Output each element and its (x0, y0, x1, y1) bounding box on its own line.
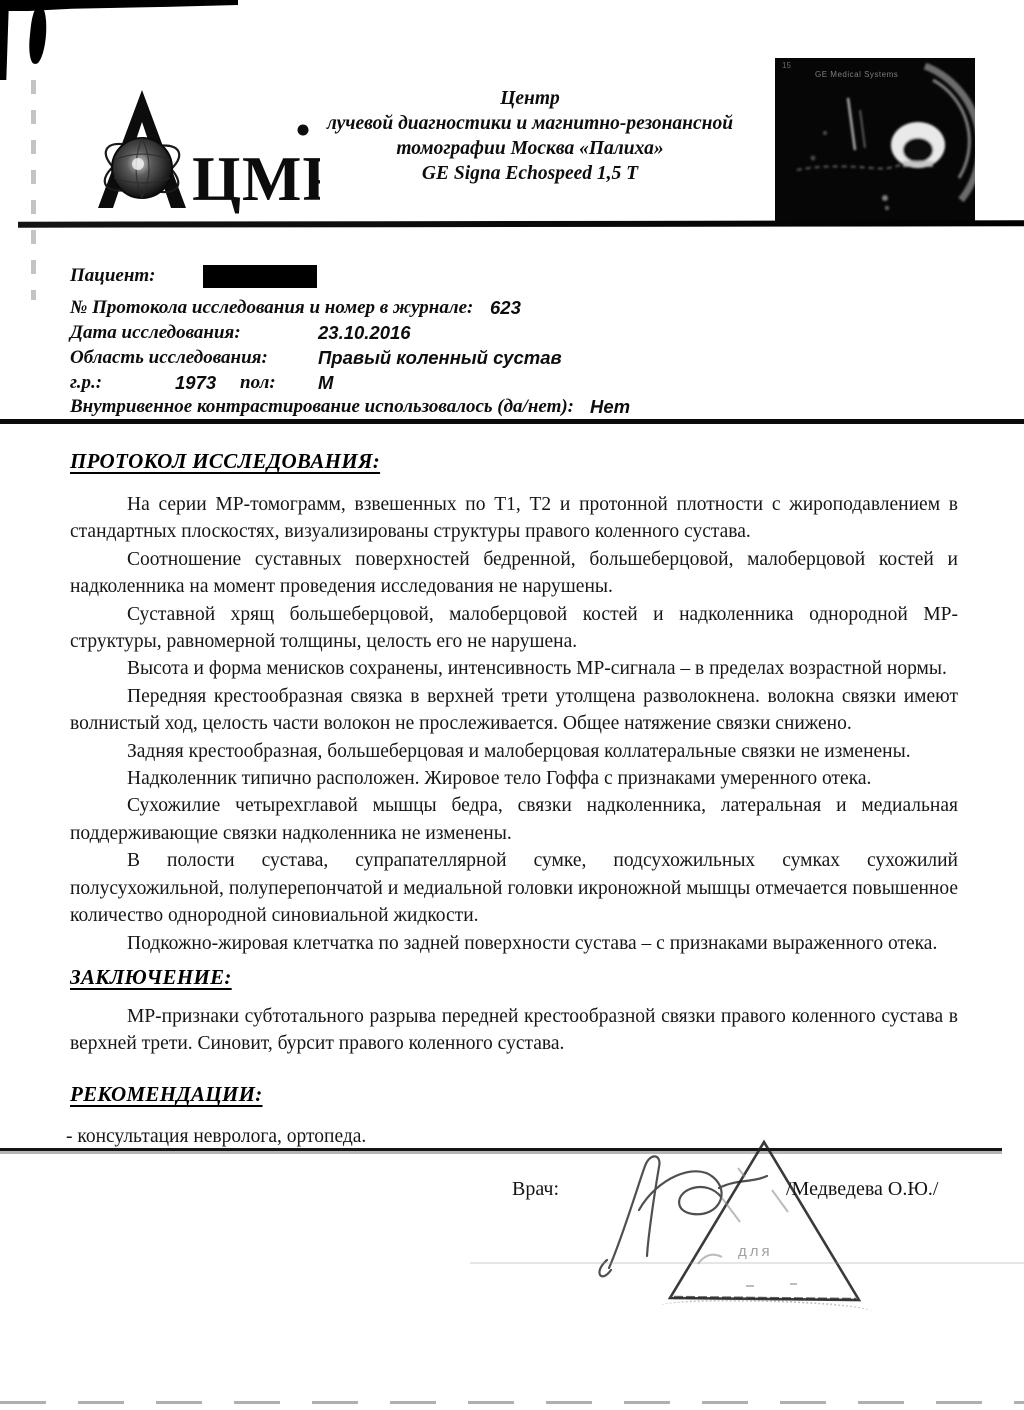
protocol-paragraph: Передняя крестообразная связка в верхней… (70, 683, 958, 738)
protocol-paragraph: Высота и форма менисков сохранены, интен… (70, 655, 958, 682)
sex-label: пол: (240, 372, 276, 394)
birth-year-value: 1973 (175, 372, 216, 394)
clinic-logo: ЦМРТ (80, 86, 320, 218)
protocol-number-value: 623 (490, 297, 521, 319)
header-divider (18, 220, 1024, 227)
patient-name-label: Пациент: (70, 265, 156, 286)
scanned-report-page: ЦМРТ Центр лучевой диагностики и магнитн… (0, 0, 1024, 1410)
protocol-paragraph: Суставной хрящ большеберцовой, малоберцо… (70, 601, 958, 656)
sex-value: М (318, 372, 333, 394)
protocol-paragraph: Надколенник типично расположен. Жировое … (70, 765, 958, 792)
patient-name-redaction (203, 265, 317, 288)
patient-info-block: Пациент: № Протокола исследования и номе… (70, 263, 970, 423)
patient-name-row: Пациент: (70, 265, 156, 287)
recommendation-item: - консультация невролога, ортопеда. (66, 1126, 366, 1148)
study-area-label: Область исследования: (70, 347, 268, 368)
study-date-row: Дата исследования: 23.10.2016 (70, 322, 241, 344)
scan-artifact-left (0, 0, 9, 80)
mri-anatomy-graphic (775, 58, 975, 225)
protocol-paragraph: Задняя крестообразная, большеберцовая и … (70, 738, 958, 765)
patient-divider (0, 419, 1024, 424)
birth-sex-row: г.р.: 1973 пол: М (70, 372, 102, 394)
conclusion-text-block: МР-признаки субтотального разрыва передн… (70, 1003, 958, 1058)
protocol-paragraph: Сухожилие четырехглавой мышцы бедра, свя… (70, 792, 958, 847)
study-area-value: Правый коленный сустав (318, 347, 562, 369)
scan-artifact-smudge (31, 80, 36, 300)
header-line-4: GE Signa Echospeed 1,5 T (290, 161, 770, 186)
header-title: Центр лучевой диагностики и магнитно-рез… (290, 86, 770, 186)
scan-artifact-bottom (0, 1401, 1024, 1404)
scan-artifact-stamp-echo (470, 1262, 1024, 1264)
conclusion-paragraph: МР-признаки субтотального разрыва передн… (70, 1003, 958, 1058)
doctor-label: Врач: (512, 1178, 559, 1201)
protocol-paragraph: Соотношение суставных поверхностей бедре… (70, 546, 958, 601)
recommendations-section-heading: РЕКОМЕНДАЦИИ: (70, 1082, 263, 1107)
protocol-paragraph: Подкожно-жировая клетчатка по задней пов… (70, 930, 958, 957)
protocol-section-heading: ПРОТОКОЛ ИССЛЕДОВАНИЯ: (70, 449, 380, 474)
stamp-text: для (738, 1243, 773, 1260)
protocol-number-label: № Протокола исследования и номер в журна… (70, 297, 473, 318)
contrast-label: Внутривенное контрастирование использова… (70, 396, 574, 417)
logo-triangle-atom-icon (98, 90, 186, 208)
protocol-text: На серии МР-томограмм, взвешенных по Т1,… (70, 491, 958, 957)
protocol-paragraph: В полости сустава, супрапателлярной сумк… (70, 847, 958, 929)
mri-scan-image: 15 GE Medical Systems (775, 58, 975, 225)
study-date-label: Дата исследования: (70, 322, 241, 343)
study-date-value: 23.10.2016 (318, 322, 411, 344)
protocol-number-row: № Протокола исследования и номер в журна… (70, 297, 473, 319)
doctor-name: /Медведева О.Ю./ (786, 1178, 938, 1201)
triangular-stamp: для (650, 1136, 880, 1308)
birth-year-label: г.р.: (70, 372, 102, 393)
protocol-paragraph: На серии МР-томограмм, взвешенных по Т1,… (70, 491, 958, 546)
header-line-2: лучевой диагностики и магнитно-резонансн… (290, 111, 770, 136)
contrast-row: Внутривенное контрастирование использова… (70, 396, 574, 418)
conclusion-section-heading: ЗАКЛЮЧЕНИЕ: (70, 965, 232, 990)
study-area-row: Область исследования: Правый коленный су… (70, 347, 268, 369)
scan-artifact-blob (27, 5, 49, 64)
header-line-1: Центр (290, 86, 770, 111)
header-line-3: томографии Москва «Палиха» (290, 136, 770, 161)
contrast-value: Нет (590, 396, 630, 418)
